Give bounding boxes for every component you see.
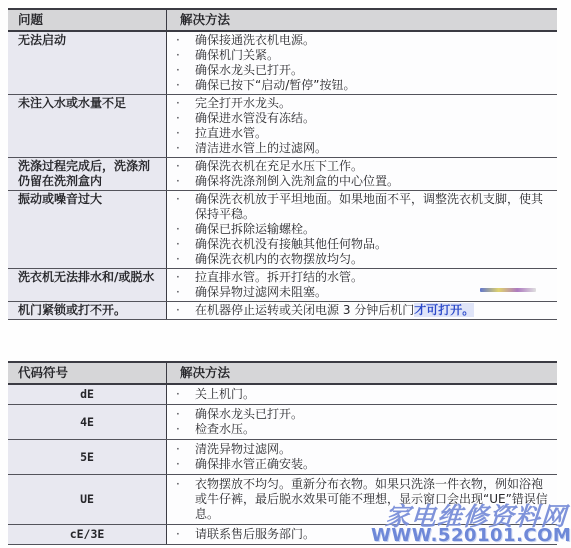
troubleshooting-table-header: 问题 解决方法 bbox=[8, 10, 557, 32]
solution-item: ·拉直进水管。 bbox=[167, 126, 551, 141]
bullet-icon: · bbox=[167, 442, 195, 457]
bullet-icon: · bbox=[167, 159, 195, 174]
solutions-cell: ·拉直排水管。拆开打结的水管。·确保异物过滤网未阻塞。 bbox=[166, 269, 557, 301]
solution-item: ·确保洗衣机在充足水压下工作。 bbox=[167, 159, 551, 174]
solution-text: 确保已拆除运输螺栓。 bbox=[195, 222, 551, 237]
code-cell: cE/3E bbox=[8, 525, 166, 544]
solution-item: ·确保洗衣机没有接触其他任何物品。 bbox=[167, 237, 551, 252]
bullet-icon: · bbox=[167, 111, 195, 126]
solution-text: 关上机门。 bbox=[195, 387, 551, 402]
problem-cell: 洗衣机无法排水和/或脱水 bbox=[8, 269, 166, 301]
solution-item: ·关上机门。 bbox=[167, 387, 551, 402]
solution-text: 确保排水管正确安装。 bbox=[195, 457, 551, 472]
bullet-icon: · bbox=[167, 422, 195, 437]
solution-item: ·完全打开水龙头。 bbox=[167, 96, 551, 111]
solution-text: 确保洗衣机在充足水压下工作。 bbox=[195, 159, 551, 174]
solution-item: ·确保进水管没有冻结。 bbox=[167, 111, 551, 126]
code-cell: dE bbox=[8, 385, 166, 404]
bullet-icon: · bbox=[167, 407, 195, 422]
problem-cell: 振动或噪音过大 bbox=[8, 191, 166, 268]
solution-item: ·检查水压。 bbox=[167, 422, 551, 437]
bullet-icon: · bbox=[167, 387, 195, 402]
bullet-icon: · bbox=[167, 78, 195, 93]
problem-cell: 无法启动 bbox=[8, 32, 166, 94]
solution-item: ·确保排水管正确安装。 bbox=[167, 457, 551, 472]
table-row: 洗衣机无法排水和/或脱水·拉直排水管。拆开打结的水管。·确保异物过滤网未阻塞。 bbox=[8, 269, 557, 302]
solution-text: 在机器停止运转或关闭电源 3 分钟后机门才可打开。 bbox=[195, 303, 551, 318]
solution-item: ·确保接通洗衣机电源。 bbox=[167, 33, 551, 48]
solution-item: ·确保水龙头已打开。 bbox=[167, 63, 551, 78]
bullet-icon: · bbox=[167, 174, 195, 189]
solution-item: ·拉直排水管。拆开打结的水管。 bbox=[167, 270, 551, 285]
bullet-icon: · bbox=[167, 303, 195, 318]
scan-artifact bbox=[480, 288, 536, 292]
problem-cell: 机门紧锁或打不开。 bbox=[8, 302, 166, 319]
bullet-icon: · bbox=[167, 285, 195, 300]
problem-cell: 洗涤过程完成后，洗涤剂仍留在洗剂盒内 bbox=[8, 158, 166, 190]
bullet-icon: · bbox=[167, 33, 195, 48]
code-cell: UE bbox=[8, 475, 166, 524]
solution-item: ·清洗异物过滤网。 bbox=[167, 442, 551, 457]
solutions-cell: ·清洗异物过滤网。·确保排水管正确安装。 bbox=[166, 440, 557, 474]
solution-text: 确保接通洗衣机电源。 bbox=[195, 33, 551, 48]
solution-item: ·清洁进水管上的过滤网。 bbox=[167, 141, 551, 156]
solution-text: 确保洗衣机内的衣物摆放均匀。 bbox=[195, 252, 551, 267]
solutions-cell: ·关上机门。 bbox=[166, 385, 557, 404]
table-row: 机门紧锁或打不开。·在机器停止运转或关闭电源 3 分钟后机门才可打开。 bbox=[8, 302, 557, 320]
solutions-cell: ·确保水龙头已打开。·检查水压。 bbox=[166, 405, 557, 439]
solution-item: ·确保洗衣机内的衣物摆放均匀。 bbox=[167, 252, 551, 267]
solution-text: 拉直进水管。 bbox=[195, 126, 551, 141]
bullet-icon: · bbox=[167, 141, 195, 156]
table-row: 未注入水或水量不足·完全打开水龙头。·确保进水管没有冻结。·拉直进水管。·清洁进… bbox=[8, 95, 557, 158]
bullet-icon: · bbox=[167, 222, 195, 237]
watermark-site-url: WWW.520101.COM bbox=[371, 525, 571, 546]
solution-item: ·确保已拆除运输螺栓。 bbox=[167, 222, 551, 237]
solution-item: ·确保将洗涤剂倒入洗剂盒的中心位置。 bbox=[167, 174, 551, 189]
troubleshooting-table: 问题 解决方法 无法启动·确保接通洗衣机电源。·确保机门关紧。·确保水龙头已打开… bbox=[8, 8, 557, 320]
bullet-icon: · bbox=[167, 126, 195, 141]
solution-item: ·确保水龙头已打开。 bbox=[167, 407, 551, 422]
table-row: 无法启动·确保接通洗衣机电源。·确保机门关紧。·确保水龙头已打开。·确保已按下“… bbox=[8, 32, 557, 95]
bullet-icon: · bbox=[167, 63, 195, 78]
code-column-header: 代码符号 bbox=[8, 363, 166, 383]
solutions-cell: ·确保接通洗衣机电源。·确保机门关紧。·确保水龙头已打开。·确保已按下“启动/暂… bbox=[166, 32, 557, 94]
solution-column-header: 解决方法 bbox=[166, 363, 557, 383]
solution-text: 确保水龙头已打开。 bbox=[195, 407, 551, 422]
bullet-icon: · bbox=[167, 457, 195, 472]
bullet-icon: · bbox=[167, 252, 195, 267]
bullet-icon: · bbox=[167, 270, 195, 285]
table-row: 5E·清洗异物过滤网。·确保排水管正确安装。 bbox=[8, 440, 557, 475]
manual-troubleshooting-page: 问题 解决方法 无法启动·确保接通洗衣机电源。·确保机门关紧。·确保水龙头已打开… bbox=[0, 0, 571, 548]
solution-text: 确保已按下“启动/暂停”按钮。 bbox=[195, 78, 551, 93]
solution-text: 确保进水管没有冻结。 bbox=[195, 111, 551, 126]
solutions-cell: ·完全打开水龙头。·确保进水管没有冻结。·拉直进水管。·清洁进水管上的过滤网。 bbox=[166, 95, 557, 157]
troubleshooting-table-body: 无法启动·确保接通洗衣机电源。·确保机门关紧。·确保水龙头已打开。·确保已按下“… bbox=[8, 32, 557, 320]
bullet-icon: · bbox=[167, 48, 195, 63]
solutions-cell: ·在机器停止运转或关闭电源 3 分钟后机门才可打开。 bbox=[166, 302, 557, 319]
solution-text: 确保洗衣机放于平坦地面。如果地面不平，调整洗衣机支脚，使其保持平稳。 bbox=[195, 192, 551, 222]
solution-text: 拉直排水管。拆开打结的水管。 bbox=[195, 270, 551, 285]
code-cell: 4E bbox=[8, 405, 166, 439]
table-row: 4E·确保水龙头已打开。·检查水压。 bbox=[8, 405, 557, 440]
solution-text: 完全打开水龙头。 bbox=[195, 96, 551, 111]
bullet-icon: · bbox=[167, 527, 195, 542]
table-row: dE·关上机门。 bbox=[8, 385, 557, 405]
solution-item: ·确保已按下“启动/暂停”按钮。 bbox=[167, 78, 551, 93]
solution-item: ·确保洗衣机放于平坦地面。如果地面不平，调整洗衣机支脚，使其保持平稳。 bbox=[167, 192, 551, 222]
solution-text: 确保水龙头已打开。 bbox=[195, 63, 551, 78]
watermark-overlapped-text: 才可打开。 bbox=[414, 303, 474, 317]
solution-item: ·在机器停止运转或关闭电源 3 分钟后机门才可打开。 bbox=[167, 303, 551, 318]
error-code-table-header: 代码符号 解决方法 bbox=[8, 363, 557, 385]
solution-text: 检查水压。 bbox=[195, 422, 551, 437]
solution-text: 确保将洗涤剂倒入洗剂盒的中心位置。 bbox=[195, 174, 551, 189]
solution-text: 清洁进水管上的过滤网。 bbox=[195, 141, 551, 156]
solution-text: 确保洗衣机没有接触其他任何物品。 bbox=[195, 237, 551, 252]
solutions-cell: ·确保洗衣机在充足水压下工作。·确保将洗涤剂倒入洗剂盒的中心位置。 bbox=[166, 158, 557, 190]
code-cell: 5E bbox=[8, 440, 166, 474]
bullet-icon: · bbox=[167, 477, 195, 522]
solution-text: 清洗异物过滤网。 bbox=[195, 442, 551, 457]
bullet-icon: · bbox=[167, 237, 195, 252]
bullet-icon: · bbox=[167, 96, 195, 111]
solutions-cell: ·确保洗衣机放于平坦地面。如果地面不平，调整洗衣机支脚，使其保持平稳。·确保已拆… bbox=[166, 191, 557, 268]
problem-cell: 未注入水或水量不足 bbox=[8, 95, 166, 157]
solution-text: 确保机门关紧。 bbox=[195, 48, 551, 63]
bullet-icon: · bbox=[167, 192, 195, 222]
table-row: 振动或噪音过大·确保洗衣机放于平坦地面。如果地面不平，调整洗衣机支脚，使其保持平… bbox=[8, 191, 557, 269]
solution-item: ·确保机门关紧。 bbox=[167, 48, 551, 63]
problem-column-header: 问题 bbox=[8, 10, 166, 30]
solution-column-header: 解决方法 bbox=[166, 10, 557, 30]
table-row: 洗涤过程完成后，洗涤剂仍留在洗剂盒内·确保洗衣机在充足水压下工作。·确保将洗涤剂… bbox=[8, 158, 557, 191]
